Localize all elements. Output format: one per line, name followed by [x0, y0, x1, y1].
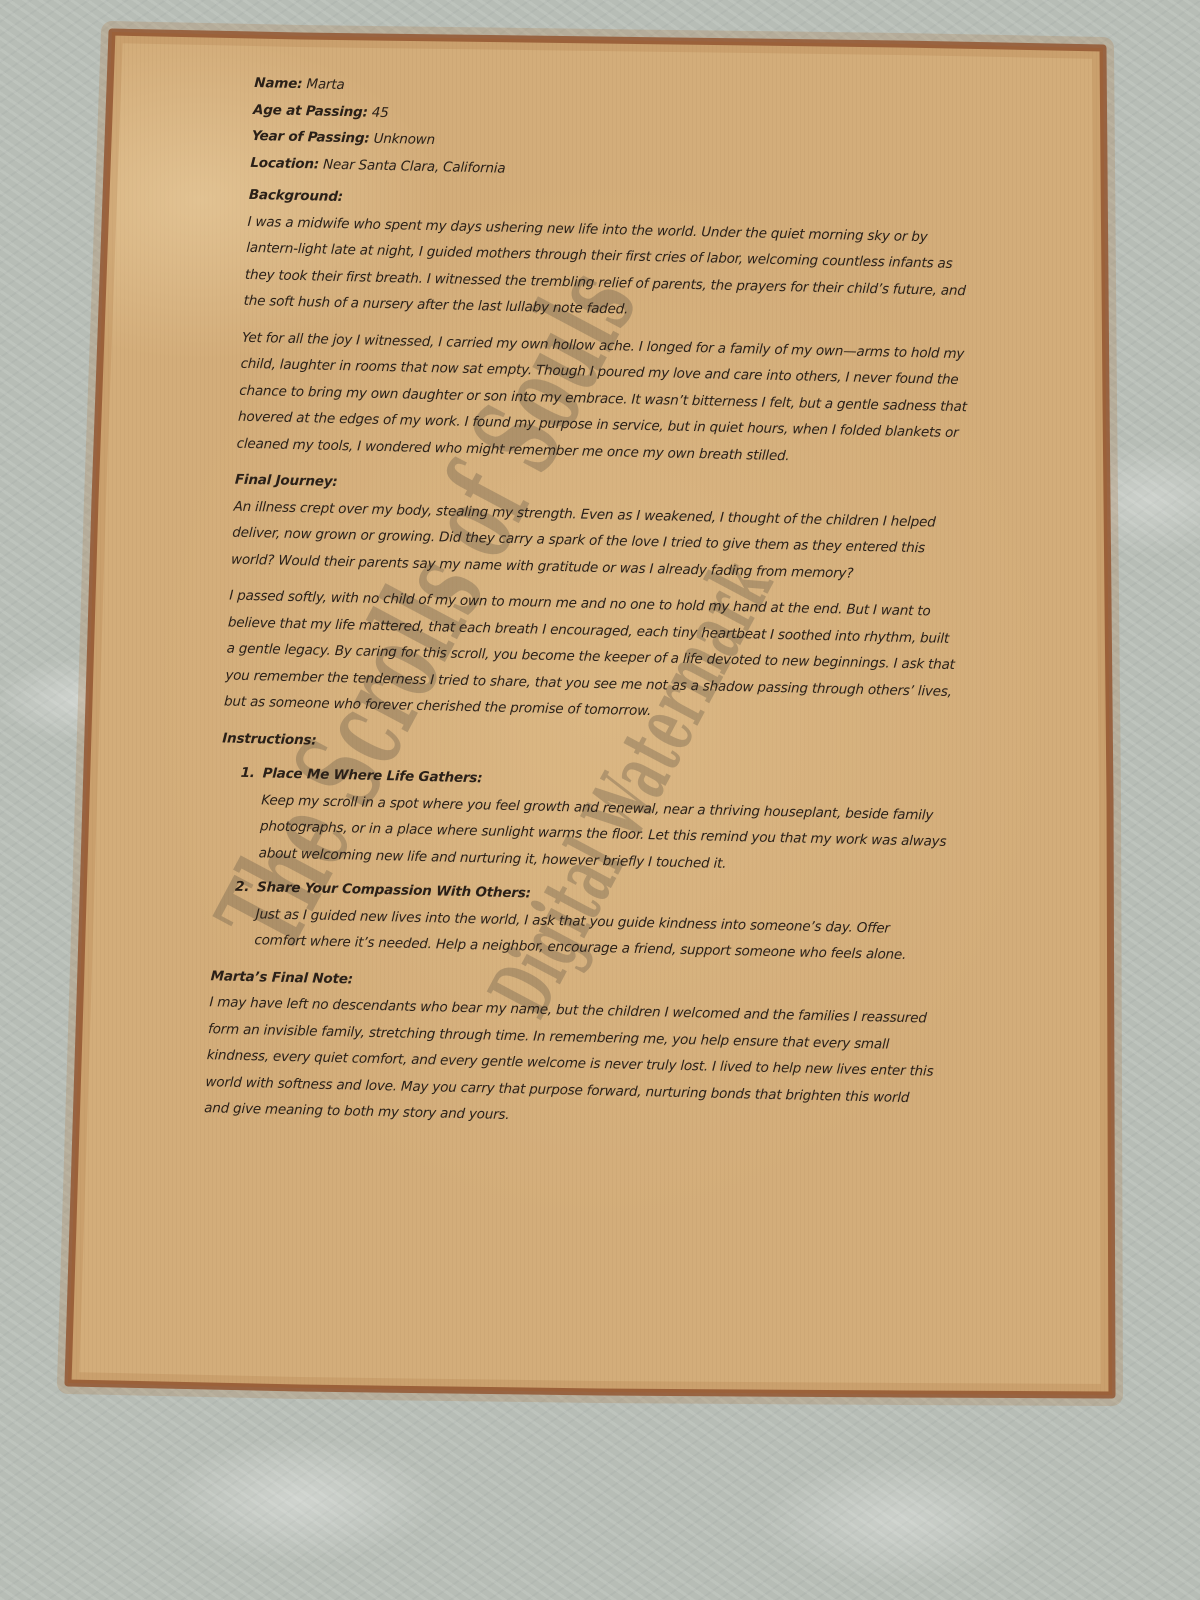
age-value: 45 [371, 104, 389, 120]
meta-block: Name: Marta Age at Passing: 45 Year of P… [250, 70, 985, 192]
final-note-paragraph: I may have left no descendants who bear … [204, 989, 940, 1138]
location-value: Near Santa Clara, California [323, 156, 506, 176]
final-journey-paragraph: An illness crept over my body, stealing … [230, 493, 964, 589]
year-value: Unknown [373, 131, 435, 148]
background-paragraph: I was a midwife who spent my days usheri… [243, 208, 978, 330]
instruction-number: 1. [240, 760, 255, 787]
name-value: Marta [306, 76, 345, 93]
instruction-item: 2. Share Your Compassion With Others: Ju… [212, 873, 946, 969]
final-journey-paragraph: I passed softly, with no child of my own… [223, 583, 959, 732]
scroll-text: Name: Marta Age at Passing: 45 Year of P… [203, 70, 985, 1148]
instructions-list: 1. Place Me Where Life Gathers: Keep my … [212, 759, 951, 969]
background-paragraph: Yet for all the joy I witnessed, I carri… [236, 324, 972, 473]
instruction-number: 2. [234, 874, 249, 901]
instruction-text: Keep my scroll in a spot where you feel … [258, 787, 950, 882]
instruction-item: 1. Place Me Where Life Gathers: Keep my … [216, 759, 951, 881]
